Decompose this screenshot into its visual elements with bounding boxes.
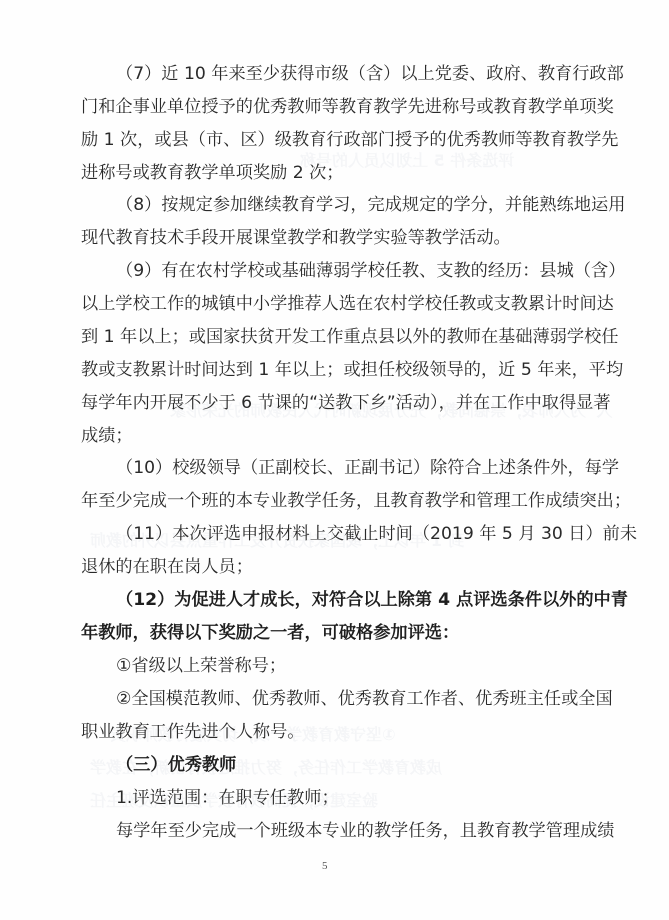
paragraph-line: （11）本次评选申报材料上交截止时间（2019 年 5 月 30 日）前未 <box>116 522 578 546</box>
paragraph-line: 教或支教累计时间达到 1 年以上；或担任校级领导的，近 5 年来，平均 <box>81 358 578 382</box>
paragraph-line: 成绩； <box>81 424 578 448</box>
paragraph-line: （7）近 10 年来至少获得市级（含）以上党委、政府、教育行政部 <box>116 62 578 86</box>
heading-line: （三）优秀教师 <box>116 753 578 777</box>
paragraph-line: 年至少完成一个班的本专业教学任务，且教育教学和管理工作成绩突出； <box>81 489 578 513</box>
paragraph-line: ②全国模范教师、优秀教师、优秀教育工作者、优秀班主任或全国 <box>116 687 578 711</box>
paragraph-line: 以上学校工作的城镇中小学推荐人选在农村学校任教或支教累计时间达 <box>81 292 578 316</box>
paragraph-line: 现代教育技术手段开展课堂教学和教学实验等教学活动。 <box>81 226 578 250</box>
paragraph-line: ①省级以上荣誉称号； <box>116 654 578 678</box>
paragraph-line: 到 1 年以上；或国家扶贫开发工作重点县以外的教师在基础薄弱学校任 <box>81 325 578 349</box>
paragraph-line: 励 1 次，或县（市、区）级教育行政部门授予的优秀教师等教育教学先 <box>81 128 578 152</box>
paragraph-line: （9）有在农村学校或基础薄弱学校任教、支教的经历：县城（含） <box>116 259 578 283</box>
paragraph-line: 门和企事业单位授予的优秀教师等教育教学先进称号或教育教学单项奖 <box>81 95 578 119</box>
paragraph-line: 进称号或教育教学单项奖励 2 次； <box>81 161 578 185</box>
paragraph-line: 每学年内开展不少于 6 节课的“送教下乡”活动），并在工作中取得显著 <box>81 391 578 415</box>
heading-line: （12）为促进人才成长，对符合以上除第 4 点评选条件以外的中青 <box>116 588 578 612</box>
paragraph-line: （10）校级领导（正副校长、正副书记）除符合上述条件外，每学 <box>116 456 578 480</box>
paragraph-line: 退休的在职在岗人员； <box>81 555 578 579</box>
paragraph-line: 职业教育工作先进个人称号。 <box>81 720 578 744</box>
paragraph-line: （8）按规定参加继续教育学习，完成规定的学分，并能熟练地运用 <box>116 193 578 217</box>
heading-line: 年教师，获得以下奖励之一者，可破格参加评选： <box>81 621 578 645</box>
page-number: 5 <box>322 860 328 872</box>
paragraph-line: 每学年至少完成一个班级本专业的教学任务，且教育教学管理成绩 <box>116 819 578 843</box>
paragraph-line: 1.评选范围：在职专任教师； <box>116 786 578 810</box>
document-page: 评选条件 5 上划以员人的号称 人”为人师表，崇德尚教，充分展现新时代人民教师的… <box>0 0 669 920</box>
